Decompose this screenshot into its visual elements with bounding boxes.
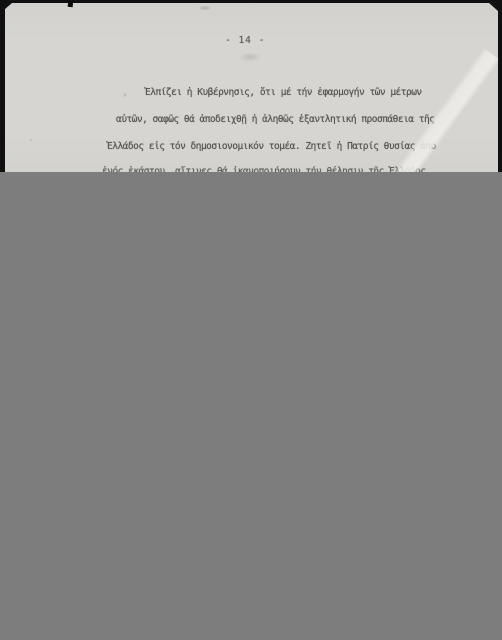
page-number: - 14 - [225, 35, 265, 46]
scanned-document-screenshot: - 14 - Ἐλπίζει ἡ Κυβέρνησις, ὅτι μέ τήν … [0, 0, 502, 640]
scan-corner-top-left [5, 3, 12, 9]
gray-overlay [0, 172, 502, 640]
scan-edge-notch [68, 0, 74, 7]
body-line: Ἐλπίζει ἡ Κυβέρνησις, ὅτι μέ τήν ἐφαρμογ… [145, 87, 422, 99]
body-line: αὐτῶν, σαφῶς θά ἀποδειχθῇ ἡ ἀληθῶς ἐξαντ… [116, 114, 434, 126]
document-page: - 14 - Ἐλπίζει ἡ Κυβέρνησις, ὅτι μέ τήν … [5, 3, 498, 172]
scan-corner-top-right [489, 3, 498, 11]
paper-glare-streak [391, 48, 498, 172]
body-line: Ἑλλάδος εἰς τόν δημοσιονομικόν τομέα. Ζη… [107, 141, 436, 153]
